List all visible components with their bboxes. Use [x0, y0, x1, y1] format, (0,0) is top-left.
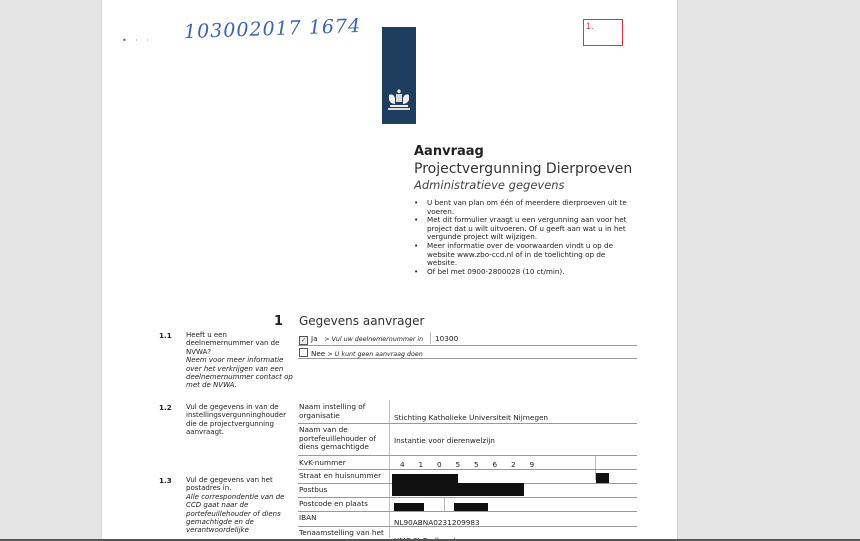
rijksoverheid-logo	[382, 27, 416, 124]
option-nee[interactable]: Nee > U kunt geen aanvraag doen	[299, 348, 423, 358]
kvk-number-field[interactable]: 41055629	[400, 460, 548, 469]
organisation-name-field[interactable]: Stichting Katholieke Universiteit Nijmeg…	[394, 413, 548, 422]
question-hint: Alle correspondentie van de CCD gaat naa…	[186, 493, 296, 535]
question-text-1-2: Vul de gegevens in van de instellingsver…	[186, 403, 296, 437]
section-title: Gegevens aanvrager	[299, 314, 424, 328]
field-label-organisation: Naam instelling of organisatie	[299, 403, 384, 420]
option-ja[interactable]: ✓Ja > Vul uw deelnemernummer in	[299, 334, 423, 345]
field-label-street: Straat en huisnummer	[299, 472, 381, 481]
question-number: 1.2	[159, 403, 172, 412]
participant-number-field[interactable]: 10300	[435, 334, 458, 343]
field-label-postbus: Postbus	[299, 486, 327, 495]
crest-icon	[386, 89, 412, 113]
question-number: 1.3	[159, 476, 172, 485]
question-text-1-1: Heeft u een deelnemernummer van de NVWA?…	[186, 331, 296, 390]
intro-bullet: Met dit formulier vraagt u een vergunnin…	[427, 216, 634, 242]
form-tagline: Administratieve gegevens	[414, 178, 632, 192]
page-marker-label: 1.	[586, 21, 594, 31]
field-label-account-name: Tenaamstelling van het	[299, 529, 384, 538]
question-text-1-3: Vul de gegevens van het postadres in. Al…	[186, 476, 296, 535]
field-label-kvk: KvK-nummer	[299, 459, 346, 468]
question-number: 1.1	[159, 331, 172, 340]
intro-bullets: U bent van plan om één of meerdere dierp…	[414, 199, 634, 276]
intro-bullet: Of bel met 0900-2800028 (10 ct/min).	[427, 268, 634, 277]
handwritten-reference-number: 103002017 1674	[184, 15, 362, 43]
checkbox-checked-icon[interactable]: ✓	[299, 336, 308, 345]
scan-marks: • · ·	[122, 36, 152, 45]
option-instruction: > U kunt geen aanvraag doen	[328, 351, 423, 358]
checkbox-unchecked-icon[interactable]	[299, 348, 308, 357]
form-subtitle: Projectvergunning Dierproeven	[414, 160, 632, 178]
document-page: • · · 103002017 1674 1. Aanvraag Project…	[102, 0, 677, 539]
form-heading: Aanvraag Projectvergunning Dierproeven A…	[414, 144, 632, 192]
section-number: 1	[274, 314, 283, 329]
field-label-postcode: Postcode en plaats	[299, 500, 368, 509]
page-marker-box: 1.	[583, 19, 623, 46]
redacted-postbus	[392, 483, 524, 496]
form-title: Aanvraag	[414, 144, 632, 160]
redacted-house-number	[596, 473, 609, 483]
question-hint: Neem voor meer informatie over het verkr…	[186, 356, 296, 390]
intro-bullet: U bent van plan om één of meerdere dierp…	[427, 199, 634, 216]
intro-bullet: Meer informatie over de voorwaarden vind…	[427, 242, 634, 268]
field-label-portfolio-holder: Naam van de portefeuillehouder of diens …	[299, 426, 384, 452]
field-label-iban: IBAN	[299, 514, 317, 523]
option-instruction: > Vul uw deelnemernummer in	[324, 336, 423, 343]
portfolio-holder-field[interactable]: Instantie voor dierenwelzijn	[394, 436, 495, 445]
